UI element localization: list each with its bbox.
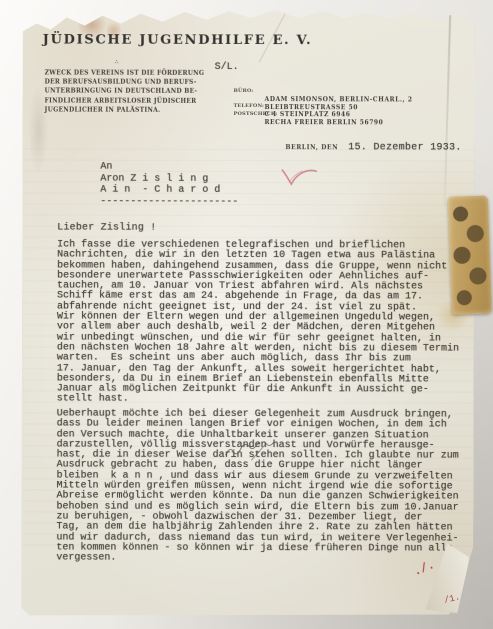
handwritten-correction-annotation xyxy=(222,442,302,462)
paper-stain xyxy=(123,8,133,22)
telefon-label: TELEFON: xyxy=(234,103,265,109)
buero-label: BÜRO: xyxy=(234,88,265,94)
dateline-typed-date: 15. Dezember 1933. xyxy=(348,142,461,153)
paper-crease xyxy=(444,7,452,207)
purpose-statement: ZWECK DES VEREINS IST DIE FÖRDERUNG DER … xyxy=(45,68,205,114)
letterhead-title: JÜDISCHE JUGENDHILFE E. V. xyxy=(43,32,313,48)
body-paragraph-2: Ueberhaupt möchte ich bei dieser Gelegen… xyxy=(56,409,458,565)
contact-row-postscheck: POSTSCHECK:RECHA FREIER BERLIN 56790 xyxy=(234,111,413,119)
contact-block: BÜRO:ADAM SIMONSON, BERLIN-CHARL., 2 BLE… xyxy=(234,88,413,119)
recipient-block: An Aron Z i s l i n g A i n - C h a r o … xyxy=(100,162,238,209)
salutation: Lieber Zisling ! xyxy=(57,223,156,234)
contact-row-buero: BÜRO:ADAM SIMONSON, BERLIN-CHARL., 2 xyxy=(234,88,413,96)
tape-repair xyxy=(448,195,492,314)
red-check-mark-annotation xyxy=(276,162,318,192)
date-line: BERLIN, DEN15. Dezember 1933. xyxy=(285,136,461,154)
dateline-printed: BERLIN, DEN xyxy=(285,144,338,151)
letterhead-ornament: ∴ xyxy=(115,59,119,66)
scanned-letter-photo: JÜDISCHE JUGENDHILFE E. V. ∴ ZWECK DES V… xyxy=(0,0,493,629)
letter-paper: JÜDISCHE JUGENDHILFE E. V. ∴ ZWECK DES V… xyxy=(21,5,475,616)
body-paragraph-1: Ich fasse die verschiedenen telegrafisch… xyxy=(57,241,460,407)
postscheck-value: RECHA FREIER BERLIN 56790 xyxy=(264,119,383,126)
postscheck-label: POSTSCHECK: xyxy=(234,111,265,117)
reference-initials: S/L. xyxy=(215,62,239,73)
